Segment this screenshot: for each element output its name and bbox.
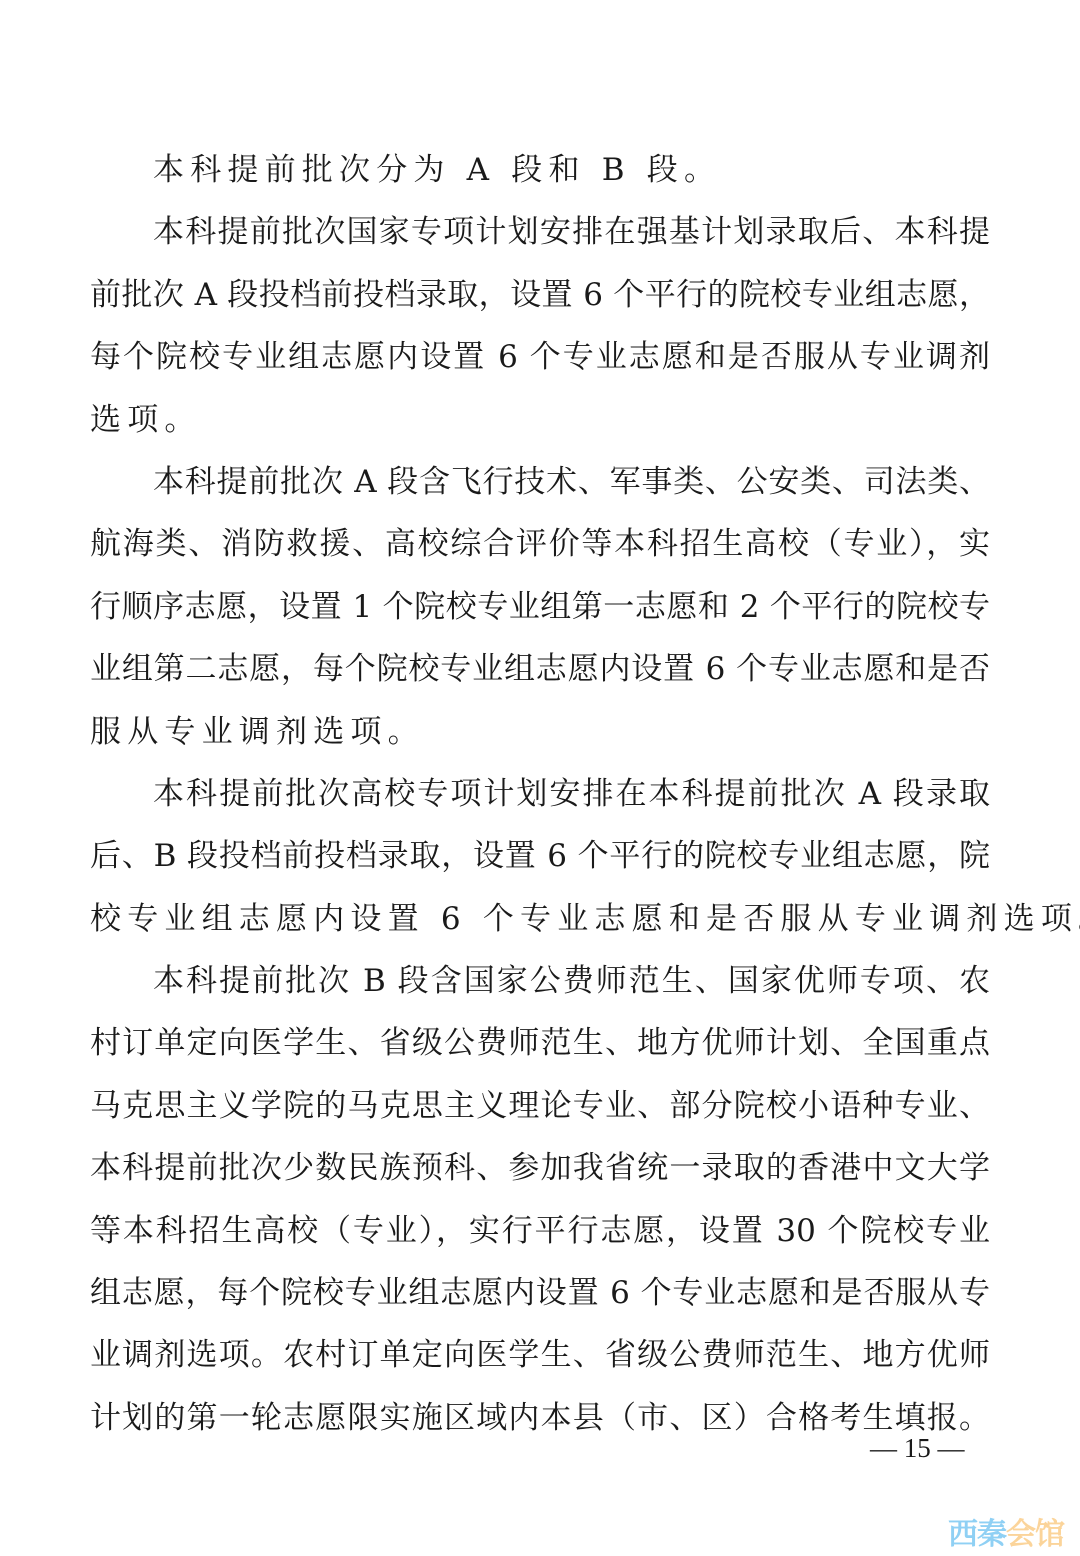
- paragraph-4-line-2: 后、B 段投档前投档录取，设置 6 个平行的院校专业组志愿，院: [90, 829, 990, 891]
- page-number: — 15 —: [870, 1428, 965, 1468]
- paragraph-5-line-3: 马克思主义学院的马克思主义理论专业、部分院校小语种专业、: [90, 1079, 990, 1141]
- watermark-part-2: 会馆: [1006, 1517, 1064, 1552]
- paragraph-5-line-8: 计划的第一轮志愿限实施区域内本县（市、区）合格考生填报。: [90, 1391, 990, 1453]
- paragraph-1-line-1: 本科提前批次分为 A 段和 B 段。: [90, 143, 990, 205]
- body-text: 本科提前批次分为 A 段和 B 段。 本科提前批次国家专项计划安排在强基计划录取…: [90, 143, 990, 1453]
- watermark-part-1: 西秦: [948, 1517, 1006, 1552]
- paragraph-3-line-4: 业组第二志愿，每个院校专业组志愿内设置 6 个专业志愿和是否: [90, 642, 990, 704]
- paragraph-4-line-3: 校专业组志愿内设置 6 个专业志愿和是否服从专业调剂选项。: [90, 892, 990, 954]
- paragraph-3-line-5: 服从专业调剂选项。: [90, 705, 990, 767]
- paragraph-5-line-4: 本科提前批次少数民族预科、参加我省统一录取的香港中文大学: [90, 1141, 990, 1203]
- paragraph-2-line-1: 本科提前批次国家专项计划安排在强基计划录取后、本科提: [90, 205, 990, 267]
- paragraph-5-line-1: 本科提前批次 B 段含国家公费师范生、国家优师专项、农: [90, 954, 990, 1016]
- paragraph-5-line-7: 业调剂选项。农村订单定向医学生、省级公费师范生、地方优师: [90, 1328, 990, 1390]
- paragraph-2-line-4: 选项。: [90, 393, 990, 455]
- paragraph-4-line-1: 本科提前批次高校专项计划安排在本科提前批次 A 段录取: [90, 767, 990, 829]
- paragraph-5-line-6: 组志愿，每个院校专业组志愿内设置 6 个专业志愿和是否服从专: [90, 1266, 990, 1328]
- paragraph-2-line-2: 前批次 A 段投档前投档录取，设置 6 个平行的院校专业组志愿，: [90, 268, 990, 330]
- paragraph-3-line-2: 航海类、消防救援、高校综合评价等本科招生高校（专业），实: [90, 517, 990, 579]
- paragraph-3-line-1: 本科提前批次 A 段含飞行技术、军事类、公安类、司法类、: [90, 455, 990, 517]
- paragraph-5-line-5: 等本科招生高校（专业），实行平行志愿，设置 30 个院校专业: [90, 1204, 990, 1266]
- paragraph-2-line-3: 每个院校专业组志愿内设置 6 个专业志愿和是否服从专业调剂: [90, 330, 990, 392]
- document-page: 本科提前批次分为 A 段和 B 段。 本科提前批次国家专项计划安排在强基计划录取…: [0, 0, 1080, 1556]
- paragraph-3-line-3: 行顺序志愿，设置 1 个院校专业组第一志愿和 2 个平行的院校专: [90, 580, 990, 642]
- paragraph-5-line-2: 村订单定向医学生、省级公费师范生、地方优师计划、全国重点: [90, 1016, 990, 1078]
- watermark-logo: 西秦会馆: [948, 1517, 1064, 1553]
